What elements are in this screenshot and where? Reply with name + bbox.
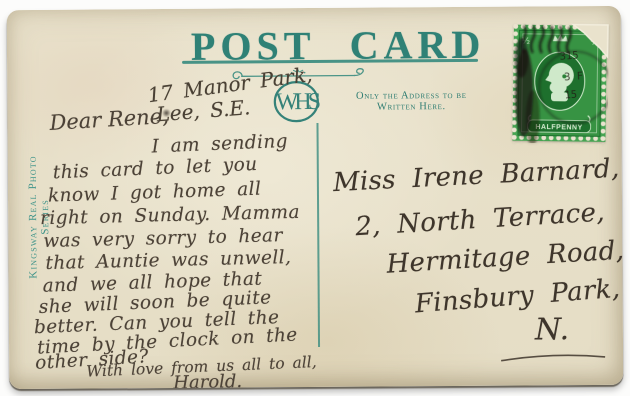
address-instruction-line1: Only the Address to be: [347, 90, 475, 102]
ink-smudge: [161, 109, 171, 117]
postmark-fragment: 3 F: [564, 70, 584, 83]
stamp-denomination: HALFPENNY: [535, 124, 582, 132]
postage-stamp: ½ ½ HALFPENNY: [510, 23, 609, 144]
recipient-address-line: Hermitage Road,: [386, 236, 624, 280]
message-signature: Harold.: [173, 371, 242, 389]
message-salutation: Dear Rene,: [49, 104, 170, 135]
recipient-address-line: Miss Irene Barnard,: [332, 154, 620, 198]
postcard-sheet: POST CARD WHS Only the Address to be: [7, 6, 624, 389]
message-line: know I got home all: [48, 179, 262, 207]
postmark-fragment: 15: [564, 89, 578, 102]
monogram-letters: WHS: [276, 89, 320, 115]
address-instruction: Only the Address to be Written Here.: [347, 90, 475, 113]
center-divider-line: [316, 123, 319, 347]
address-instruction-line2: Written Here.: [347, 101, 475, 113]
postmark-fragment: 315: [559, 49, 579, 62]
recipient-address-line: Finsbury Park,: [414, 274, 621, 320]
postcard-back: POST CARD WHS Only the Address to be: [7, 6, 624, 389]
address-underline-icon: [499, 350, 607, 365]
recipient-address-line: 2, North Terrace,: [354, 197, 605, 242]
message-line: I am sending: [151, 131, 288, 158]
scanned-postcard-image: POST CARD WHS Only the Address to be: [0, 0, 630, 396]
recipient-address-line: N.: [535, 312, 570, 347]
